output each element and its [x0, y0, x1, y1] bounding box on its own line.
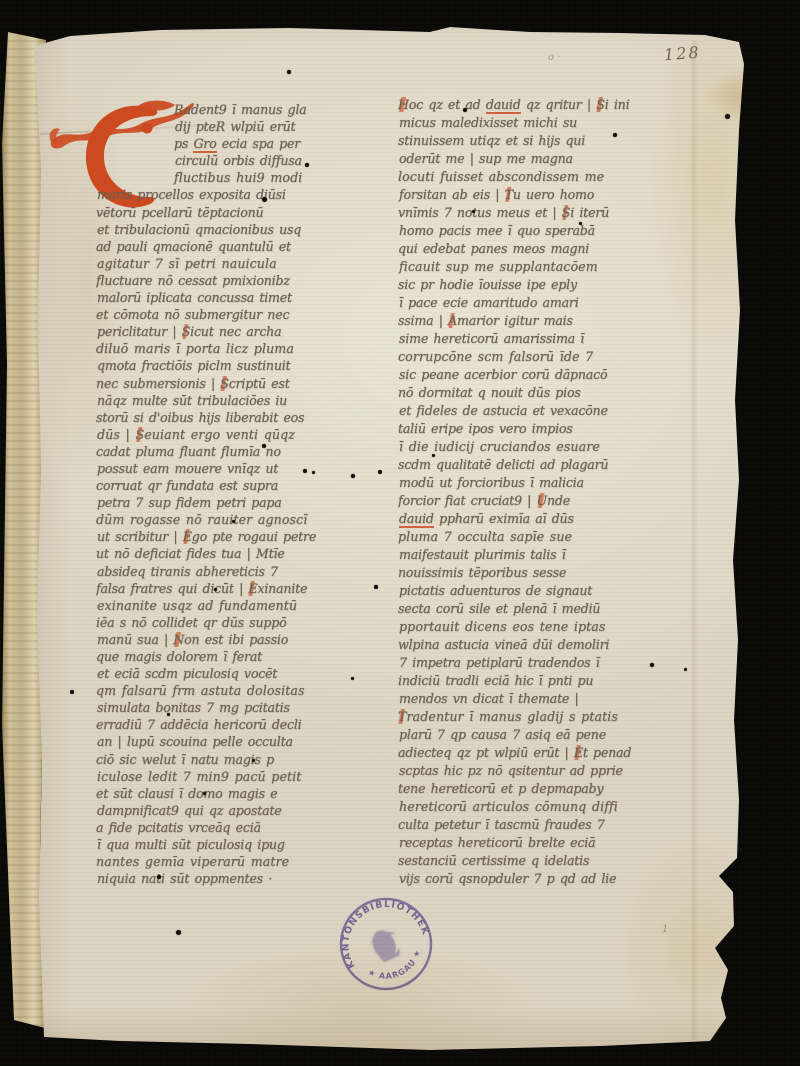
- red-underlined-word: dauid: [399, 511, 434, 528]
- ink-spot: [70, 690, 74, 694]
- library-stamp: KANTONSBIBLIOTHEK ★ AARGAU ★: [317, 875, 454, 1012]
- text-line: maris procellos exposita diūsi: [97, 186, 394, 203]
- text-line: vijs corū qsnopduler 7 p qd ad lie: [399, 870, 694, 888]
- text-line: Tradentur ī manus gladij s ptatis: [398, 708, 694, 726]
- red-touched-capital: S: [182, 324, 190, 339]
- text-line: et tribulacionū qmacionibus usq: [97, 221, 394, 238]
- text-line: oderūt me | sup me magna: [399, 150, 694, 168]
- text-line: petra 7 sup fidem petri papa: [97, 494, 394, 511]
- text-line: ciō sic welut ī natu magis p: [96, 751, 394, 768]
- ink-spot: [463, 108, 467, 112]
- ink-spot: [303, 469, 307, 473]
- red-touched-capital: H: [398, 97, 409, 112]
- text-line: pportauit dicens eos tene iptas: [399, 618, 694, 636]
- ink-spot: [378, 470, 382, 474]
- text-line: sic peane acerbior corū dāpnacō: [399, 366, 694, 384]
- text-line: tene hereticorū et p depmapaby: [398, 780, 694, 798]
- text-line: adiecteq qz pt wlpiū erūt | Et penad: [398, 744, 694, 762]
- text-line: dūm rogasse nō rauiter agnoscī: [96, 511, 394, 528]
- text-column-right: Hoc qz et ad dauid qz qritur | Si inimic…: [398, 96, 694, 892]
- text-line: vētorū pcellarū tēptacionū: [96, 204, 394, 221]
- text-line: locuti fuisset abscondissem me: [398, 168, 694, 186]
- text-line: pictatis aduenturos de signaut: [399, 582, 694, 600]
- folio-number: 128: [663, 43, 701, 65]
- red-touched-capital: T: [398, 709, 407, 724]
- red-touched-capital: U: [537, 493, 547, 508]
- text-line: sic pr hodie īouisse ipe eply: [398, 276, 694, 294]
- ink-spot: [232, 520, 235, 523]
- text-line: falsa fratres qui dicūt | Exinanite: [96, 580, 394, 597]
- text-line: ssima | Amarior igitur mais: [398, 312, 694, 330]
- text-line: vnīmis 7 notus meus et | Si iterū: [398, 204, 694, 222]
- ink-spot: [312, 471, 315, 474]
- ink-spot: [214, 588, 217, 591]
- marginal-mark: o ·: [548, 52, 560, 63]
- manuscript-photo: 128 o ·1 Radent9 ī manus gladij pteR wlp…: [0, 0, 800, 1066]
- text-line: stinuissem utiqz et si hijs qui: [398, 132, 694, 150]
- text-line: dij pteR wlpiū erūt: [175, 118, 394, 135]
- text-line: et fideles de astucia et vexacōne: [399, 402, 694, 420]
- text-line: nō dormitat q nouit dūs pios: [398, 384, 694, 402]
- text-line: micus maledixisset michi su: [399, 114, 694, 132]
- text-line: forcior fiat cruciat9 | Unde: [398, 492, 694, 510]
- ink-spot: [351, 677, 354, 680]
- text-line: exinanite usqz ad fundamentū: [97, 597, 394, 614]
- text-line: fluctibus hui9 modi: [174, 169, 394, 186]
- ink-spot: [374, 585, 378, 589]
- text-line: niquia nati sūt oppmentes ·: [97, 870, 394, 887]
- text-line: et cōmota nō submergitur nec: [96, 306, 394, 323]
- text-line: pluma 7 occulta sapīe sue: [398, 528, 694, 546]
- text-line: ficauit sup me supplantacōem: [399, 258, 694, 276]
- text-line: mendos vn dicat ī themate |: [399, 690, 694, 708]
- red-touched-capital: S: [596, 97, 604, 112]
- marginal-mark: 1: [662, 924, 668, 935]
- red-touched-capital: N: [173, 632, 184, 647]
- text-line: ī die iudicij cruciandos esuare: [399, 438, 694, 456]
- red-touched-capital: S: [562, 205, 570, 220]
- red-touched-capital: E: [248, 581, 257, 596]
- red-touched-capital: S: [136, 427, 145, 442]
- text-line: iculose ledit 7 min9 pacū petit: [97, 768, 394, 785]
- red-underlined-word: dauid: [486, 97, 521, 114]
- text-line: forsitan ab eis | Tu uero homo: [399, 186, 694, 204]
- parchment-page: 128 o ·1 Radent9 ī manus gladij pteR wlp…: [0, 0, 800, 1066]
- text-line: ut nō deficiat fides tua | Mtīe: [96, 545, 394, 562]
- text-line: fluctuare nō cessat pmixionibz: [96, 272, 394, 289]
- text-line: nāqz multe sūt tribulaciōes iu: [97, 392, 394, 409]
- text-line: absideq tiranis abhereticis 7: [97, 563, 394, 580]
- text-line: manū sua | Non est ibi passio: [97, 631, 394, 648]
- text-line: que magis dolorem ī ferat: [96, 648, 394, 665]
- text-line: Radent9 ī manus gla: [174, 101, 394, 118]
- text-line: ps Gro ecia spa per: [174, 135, 394, 152]
- red-touched-capital: S: [220, 376, 228, 391]
- ink-spot: [613, 133, 617, 137]
- ink-spot: [262, 444, 266, 448]
- ink-spot: [684, 668, 687, 671]
- text-line: circulū orbis diffusa: [175, 152, 394, 169]
- ink-spot: [262, 197, 267, 202]
- text-line: a fide pcitatis vrceāq eciā: [96, 819, 394, 836]
- text-line: hereticorū articulos cōmunq diffi: [399, 798, 694, 816]
- stamp-bottom-text: ★ AARGAU ★: [364, 945, 429, 990]
- text-line: dampnificat9 qui qz apostate: [97, 802, 394, 819]
- text-line: possut eam mouere vnīqz ut: [97, 460, 394, 477]
- red-touched-capital: A: [448, 313, 457, 328]
- ink-spot: [650, 663, 654, 667]
- text-line: sestanciū certissime q idelatis: [398, 852, 694, 870]
- ink-spot: [725, 114, 730, 119]
- ink-spot: [579, 222, 582, 225]
- text-line: malorū iplicata concussa timet: [97, 289, 394, 306]
- svg-text:★ AARGAU ★: ★ AARGAU ★: [364, 945, 429, 990]
- ink-spot: [305, 163, 309, 167]
- text-line: maifestauit plurimis talis ī: [399, 546, 694, 564]
- text-line: indiciū tradli eciā hic ī pnti pu: [398, 672, 694, 690]
- text-line: ī pace ecie amaritudo amari: [399, 294, 694, 312]
- text-line: cadat pluma fluant flumīa no: [96, 443, 394, 460]
- text-line: sime hereticorū amarissima ī: [399, 330, 694, 348]
- text-line: diluō maris ī porta licz pluma: [96, 340, 394, 357]
- text-line: storū si d'oibus hijs liberabit eos: [96, 409, 394, 426]
- ink-spot: [157, 875, 161, 879]
- text-line: taliū eripe ipos vero impios: [398, 420, 694, 438]
- text-line: et sūt clausi ī domo magis e: [96, 785, 394, 802]
- text-line: an | lupū scouina pelle occulta: [97, 733, 394, 750]
- text-line: Hoc qz et ad dauid qz qritur | Si ini: [398, 96, 694, 114]
- text-line: ut scribitur | Ego pte rogaui petre: [97, 528, 394, 545]
- red-touched-capital: E: [574, 745, 583, 760]
- text-line: nouissimis tēporibus sesse: [398, 564, 694, 582]
- text-line: scdm qualitatē delicti ad plagarū: [398, 456, 694, 474]
- red-touched-capital: T: [505, 187, 513, 202]
- ink-spot: [287, 70, 291, 74]
- text-line: dūs | Seuiant ergo venti qūqz: [97, 426, 394, 443]
- text-line: periclitatur | Sicut nec archa: [97, 323, 394, 340]
- text-line: iēa s nō collidet qr dūs suppō: [96, 614, 394, 631]
- text-line: wlpina astucia vineā dūi demoliri: [398, 636, 694, 654]
- text-line: simulata bonitas 7 mg pcitatis: [97, 699, 394, 716]
- text-line: et eciā scdm piculosiq vocēt: [97, 665, 394, 682]
- text-line: homo pacis mee ī quo sperabā: [399, 222, 694, 240]
- ink-spot: [252, 759, 255, 762]
- text-line: dauid ppharū eximīa aī dūs: [399, 510, 694, 528]
- ink-spot: [203, 792, 206, 795]
- text-line: qui edebat panes meos magni: [398, 240, 694, 258]
- text-line: ad pauli qmacionē quantulū et: [96, 238, 394, 255]
- text-line: erradiū 7 addēcia hericorū decli: [96, 716, 394, 733]
- ink-spot: [432, 454, 435, 457]
- text-line: culta petetur ī tascmū fraudes 7: [398, 816, 694, 834]
- red-underlined-word: Gro: [193, 136, 216, 153]
- ink-spot: [176, 930, 181, 935]
- text-line: plarū 7 qp causa 7 asiq eā pene: [399, 726, 694, 744]
- ink-spot: [351, 474, 355, 478]
- red-touched-capital: E: [183, 529, 192, 544]
- text-line: corrupcōne scm falsorū īde 7: [398, 348, 694, 366]
- text-line: nantes gemīa viperarū matre: [96, 853, 394, 870]
- text-line: nec submersionis | Scriptū est: [96, 375, 394, 392]
- stamp-emblem-eagle: [367, 925, 404, 964]
- text-line: qm falsarū frm astuta dolositas: [96, 682, 394, 699]
- text-line: qmota fractiōis piclm sustinuit: [97, 357, 394, 374]
- text-line: secta corū sile et plenā ī mediū: [398, 600, 694, 618]
- text-column-left: Radent9 ī manus gladij pteR wlpiū erūtps…: [96, 101, 394, 893]
- text-line: receptas hereticorū brelte eciā: [399, 834, 694, 852]
- text-line: agitatur 7 sī petri nauicula: [97, 255, 394, 272]
- text-line: corruat qr fundata est supra: [96, 477, 394, 494]
- text-line: scptas hic pz nō qsitentur ad pprie: [399, 762, 694, 780]
- text-line: modū ut forcioribus ī malicia: [399, 474, 694, 492]
- ink-spot: [472, 210, 475, 213]
- ink-spot: [167, 713, 170, 716]
- text-line: ī qua multi sūt piculosiq ipug: [97, 836, 394, 853]
